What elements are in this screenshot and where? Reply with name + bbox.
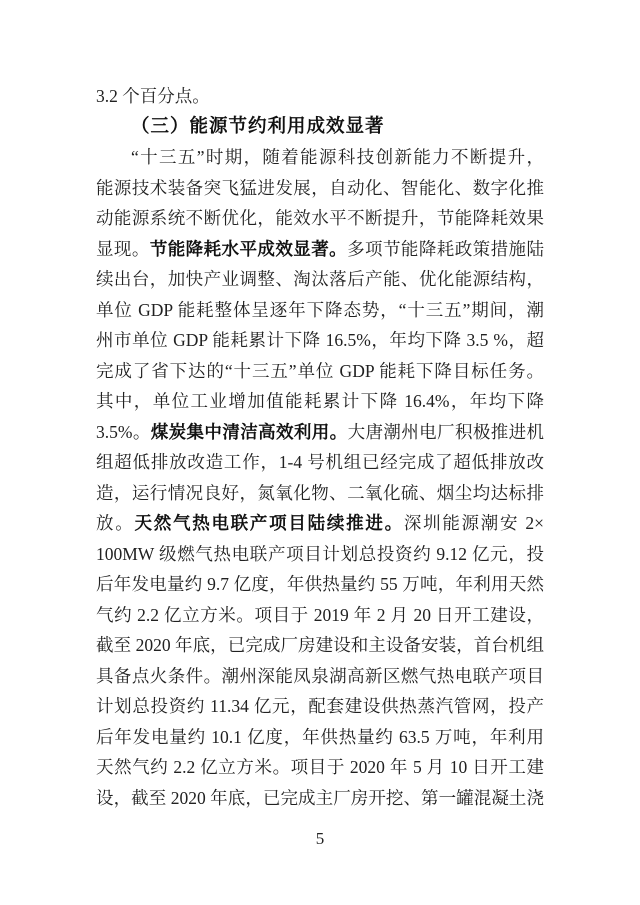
text-line: 造，运行情况良好，氮氧化物、二氧化硫、烟尘均达标排 — [96, 478, 544, 509]
text-line: 100MW 级燃气热电联产项目计划总投资约 9.12 亿元，投产 — [96, 539, 544, 570]
text-run: 后年发电量约 10.1 亿度，年供热量约 63.5 万吨，年利用 — [96, 727, 544, 747]
text-run: 能源技术装备突飞猛进发展，自动化、智能化、数字化推 — [96, 178, 544, 198]
text-run: 3.5%。 — [96, 422, 151, 442]
section-heading: （三）能源节约利用成效显著 — [96, 112, 544, 143]
text-run: 放。 — [96, 513, 134, 533]
text-run: 其中，单位工业增加值能耗累计下降 16.4%，年均下降 — [96, 391, 544, 411]
page-number: 5 — [0, 829, 640, 849]
text-run: 截至 2020 年底，已完成厂房建设和主设备安装，首台机组 — [96, 635, 544, 655]
text-run: 具备点火条件。潮州深能凤泉湖高新区燃气热电联产项目 — [96, 666, 544, 686]
text-run: 显现。 — [96, 239, 150, 259]
text-line: 动能源系统不断优化，能效水平不断提升，节能降耗效果 — [96, 203, 544, 234]
text-run: 动能源系统不断优化，能效水平不断提升，节能降耗效果 — [96, 208, 544, 228]
text-line: 3.5%。煤炭集中清洁高效利用。大唐潮州电厂积极推进机 — [96, 417, 544, 448]
text-run: 单位 GDP 能耗整体呈逐年下降态势，“十三五”期间，潮 — [96, 300, 544, 320]
text-line: 后年发电量约 9.7 亿度，年供热量约 55 万吨，年利用天然 — [96, 569, 544, 600]
text-line: 州市单位 GDP 能耗累计下降 16.5%，年均下降 3.5 %，超额 — [96, 325, 544, 356]
text-line: 3.2 个百分点。 — [96, 81, 544, 112]
document-page: 3.2 个百分点。（三）能源节约利用成效显著“十三五”时期，随着能源科技创新能力… — [0, 0, 640, 905]
text-run: 大唐潮州电厂积极推进机 — [348, 422, 544, 442]
text-line: “十三五”时期，随着能源科技创新能力不断提升， — [96, 142, 544, 173]
text-line: 能源技术装备突飞猛进发展，自动化、智能化、数字化推 — [96, 173, 544, 204]
text-run: 天然气约 2.2 亿立方米。项目于 2020 年 5 月 10 日开工建 — [96, 757, 544, 777]
text-line: 其中，单位工业增加值能耗累计下降 16.4%，年均下降 — [96, 386, 544, 417]
text-line: 截至 2020 年底，已完成厂房建设和主设备安装，首台机组 — [96, 630, 544, 661]
text-run: 续出台，加快产业调整、淘汰落后产能、优化能源结构， — [96, 269, 544, 289]
text-run: 3.2 个百分点。 — [96, 86, 210, 106]
text-line: 后年发电量约 10.1 亿度，年供热量约 63.5 万吨，年利用 — [96, 722, 544, 753]
bold-text-run: 天然气热电联产项目陆续推进。 — [134, 513, 403, 533]
bold-text-run: （三）能源节约利用成效显著 — [131, 117, 385, 137]
text-run: 州市单位 GDP 能耗累计下降 16.5%，年均下降 3.5 %，超额 — [96, 330, 544, 356]
text-block: 3.2 个百分点。（三）能源节约利用成效显著“十三五”时期，随着能源科技创新能力… — [96, 81, 544, 813]
text-line: 天然气约 2.2 亿立方米。项目于 2020 年 5 月 10 日开工建 — [96, 752, 544, 783]
text-line: 放。天然气热电联产项目陆续推进。深圳能源潮安 2× — [96, 508, 544, 539]
text-line: 计划总投资约 11.34 亿元，配套建设供热蒸汽管网，投产 — [96, 691, 544, 722]
text-run: 气约 2.2 亿立方米。项目于 2019 年 2 月 20 日开工建设， — [96, 605, 544, 625]
text-line: 气约 2.2 亿立方米。项目于 2019 年 2 月 20 日开工建设， — [96, 600, 544, 631]
text-line: 续出台，加快产业调整、淘汰落后产能、优化能源结构， — [96, 264, 544, 295]
text-run: 多项节能降耗政策措施陆 — [347, 239, 544, 259]
text-line: 组超低排放改造工作，1-4 号机组已经完成了超低排放改 — [96, 447, 544, 478]
text-run: 设，截至 2020 年底，已完成主厂房开挖、第一罐混凝土浇 — [96, 788, 544, 808]
text-line: 单位 GDP 能耗整体呈逐年下降态势，“十三五”期间，潮 — [96, 295, 544, 326]
text-run: 完成了省下达的“十三五”单位 GDP 能耗下降目标任务。 — [96, 361, 544, 381]
bold-text-run: 煤炭集中清洁高效利用。 — [151, 422, 348, 442]
text-line: 完成了省下达的“十三五”单位 GDP 能耗下降目标任务。 — [96, 356, 544, 387]
text-run: “十三五”时期，随着能源科技创新能力不断提升， — [131, 147, 544, 167]
text-run: 深圳能源潮安 2× — [404, 513, 544, 533]
bold-text-run: 节能降耗水平成效显著。 — [150, 239, 347, 259]
text-run: 100MW 级燃气热电联产项目计划总投资约 9.12 亿元，投产 — [96, 544, 544, 570]
text-run: 组超低排放改造工作，1-4 号机组已经完成了超低排放改 — [96, 452, 544, 472]
text-run: 造，运行情况良好，氮氧化物、二氧化硫、烟尘均达标排 — [96, 483, 544, 503]
text-line: 设，截至 2020 年底，已完成主厂房开挖、第一罐混凝土浇 — [96, 783, 544, 814]
text-line: 具备点火条件。潮州深能凤泉湖高新区燃气热电联产项目 — [96, 661, 544, 692]
text-run: 计划总投资约 11.34 亿元，配套建设供热蒸汽管网，投产 — [96, 696, 544, 716]
text-run: 后年发电量约 9.7 亿度，年供热量约 55 万吨，年利用天然 — [96, 574, 544, 594]
text-line: 显现。节能降耗水平成效显著。多项节能降耗政策措施陆 — [96, 234, 544, 265]
